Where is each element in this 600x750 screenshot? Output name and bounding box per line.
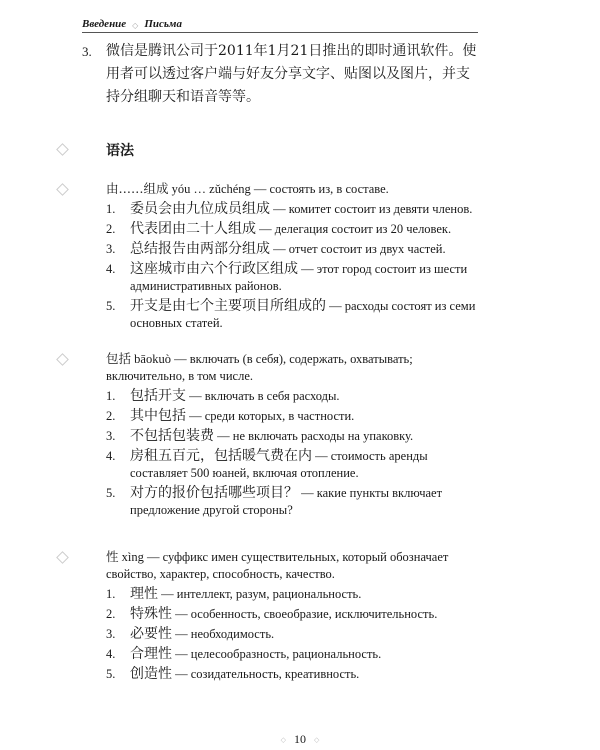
example-number: 2. <box>106 408 130 425</box>
definition: — суффикс имен существительных, который … <box>106 550 448 581</box>
example-translation: — особенность, своеобразие, исключительн… <box>175 607 437 621</box>
running-head-right: Письма <box>144 18 182 30</box>
example-translation: — интеллект, разум, рациональность. <box>161 587 361 601</box>
example-chinese: 必要性 <box>130 626 172 642</box>
diamond-icon <box>56 183 69 196</box>
example-chinese: 房租五百元，包括暖气费在内 <box>130 448 312 464</box>
example-chinese: 对方的报价包括哪些项目？ <box>130 485 298 501</box>
pinyin: yóu … zǔchéng <box>172 182 251 196</box>
running-head-left: Введение <box>82 18 126 30</box>
example-number: 4. <box>106 261 130 295</box>
page-number: 10 <box>294 732 306 746</box>
example-number: 5. <box>106 485 130 519</box>
diamond-icon: ◇ <box>281 736 286 744</box>
diamond-icon: ◇ <box>132 21 138 30</box>
example-chinese: 其中包括 <box>130 408 186 424</box>
example-item: 3.不包括包装费 — не включать расходы на упаков… <box>82 428 482 445</box>
example-item: 1.委员会由九位成员组成 — комитет состоит из девяти… <box>82 201 482 218</box>
example-number: 1. <box>106 201 130 218</box>
example-item: 4.合理性 — целесообразность, рациональность… <box>82 646 482 663</box>
example-item: 2.特殊性 — особенность, своеобразие, исключ… <box>82 606 482 623</box>
example-translation: — созидательность, креативность. <box>175 667 359 681</box>
example-translation: — среди которых, в частности. <box>189 409 354 423</box>
example-item: 2.其中包括 — среди которых, в частности. <box>82 408 482 425</box>
example-number: 3. <box>106 428 130 445</box>
example-item: 5.开支是由七个主要项目所组成的 — расходы состоят из се… <box>82 298 482 332</box>
example-item: 5.对方的报价包括哪些项目？ — какие пункты включает п… <box>82 485 482 519</box>
paragraph-number: 3. <box>82 40 106 109</box>
section-heading: 语法 <box>82 140 482 160</box>
example-chinese: 委员会由九位成员组成 <box>130 201 270 217</box>
example-item: 1.理性 — интеллект, разум, рациональность. <box>82 586 482 603</box>
pinyin: xìng <box>122 550 144 564</box>
example-number: 1. <box>106 586 130 603</box>
example-chinese: 不包括包装费 <box>130 428 214 444</box>
paragraph-text: 微信是腾讯公司于2011年1月21日推出的即时通讯软件。使用者可以透过客户端与好… <box>106 40 482 109</box>
example-chinese: 代表团由二十人组成 <box>130 221 256 237</box>
example-translation: — необходимость. <box>175 627 274 641</box>
section-title: 语法 <box>106 143 134 159</box>
example-chinese: 合理性 <box>130 646 172 662</box>
grammar-entry: 由……组成 yóu … zǔchéng — состоять из, в сос… <box>82 180 482 332</box>
example-item: 5.创造性 — созидательность, креативность. <box>82 666 482 683</box>
example-translation: — включать в себя расходы. <box>189 389 339 403</box>
headword: 由……组成 <box>106 181 169 196</box>
example-chinese: 创造性 <box>130 666 172 682</box>
example-item: 2.代表团由二十人组成 — делегация состоит из 20 че… <box>82 221 482 238</box>
grammar-entry: 包括 bāokuò — включать (в себя), содержать… <box>82 350 482 519</box>
example-translation: — не включать расходы на упаковку. <box>217 429 413 443</box>
example-number: 4. <box>106 646 130 663</box>
headword: 包括 <box>106 351 131 366</box>
example-number: 2. <box>106 606 130 623</box>
example-translation: — целесообразность, рациональность. <box>175 647 381 661</box>
example-number: 3. <box>106 626 130 643</box>
example-chinese: 特殊性 <box>130 606 172 622</box>
example-number: 4. <box>106 448 130 482</box>
example-chinese: 开支是由七个主要项目所组成的 <box>130 298 326 314</box>
example-number: 2. <box>106 221 130 238</box>
example-chinese: 总结报告由两部分组成 <box>130 241 270 257</box>
example-number: 5. <box>106 298 130 332</box>
example-item: 1.包括开支 — включать в себя расходы. <box>82 388 482 405</box>
example-translation: — комитет состоит из девяти членов. <box>273 202 472 216</box>
intro-paragraph: 3. 微信是腾讯公司于2011年1月21日推出的即时通讯软件。使用者可以透过客户… <box>82 40 482 109</box>
example-chinese: 这座城市由六个行政区组成 <box>130 261 298 277</box>
diamond-icon <box>56 143 69 156</box>
example-translation: — отчет состоит из двух частей. <box>273 242 446 256</box>
running-head: Введение ◇ Письма <box>82 12 478 33</box>
example-item: 3.必要性 — необходимость. <box>82 626 482 643</box>
example-translation: — делегация состоит из 20 человек. <box>259 222 451 236</box>
example-chinese: 理性 <box>130 586 158 602</box>
example-item: 4.这座城市由六个行政区组成 — этот город состоит из ш… <box>82 261 482 295</box>
example-item: 3.总结报告由两部分组成 — отчет состоит из двух час… <box>82 241 482 258</box>
pinyin: bāokuò <box>134 352 171 366</box>
example-item: 4.房租五百元，包括暖气费在内 — стоимость аренды соста… <box>82 448 482 482</box>
diamond-icon <box>56 353 69 366</box>
grammar-entry: 性 xìng — суффикс имен существительных, к… <box>82 548 482 683</box>
diamond-icon <box>56 551 69 564</box>
page-footer: ◇ 10 ◇ <box>0 732 600 747</box>
example-number: 3. <box>106 241 130 258</box>
example-number: 5. <box>106 666 130 683</box>
example-chinese: 包括开支 <box>130 388 186 404</box>
headword: 性 <box>106 549 119 564</box>
diamond-icon: ◇ <box>314 736 319 744</box>
example-number: 1. <box>106 388 130 405</box>
definition: — состоять из, в составе. <box>254 182 389 196</box>
